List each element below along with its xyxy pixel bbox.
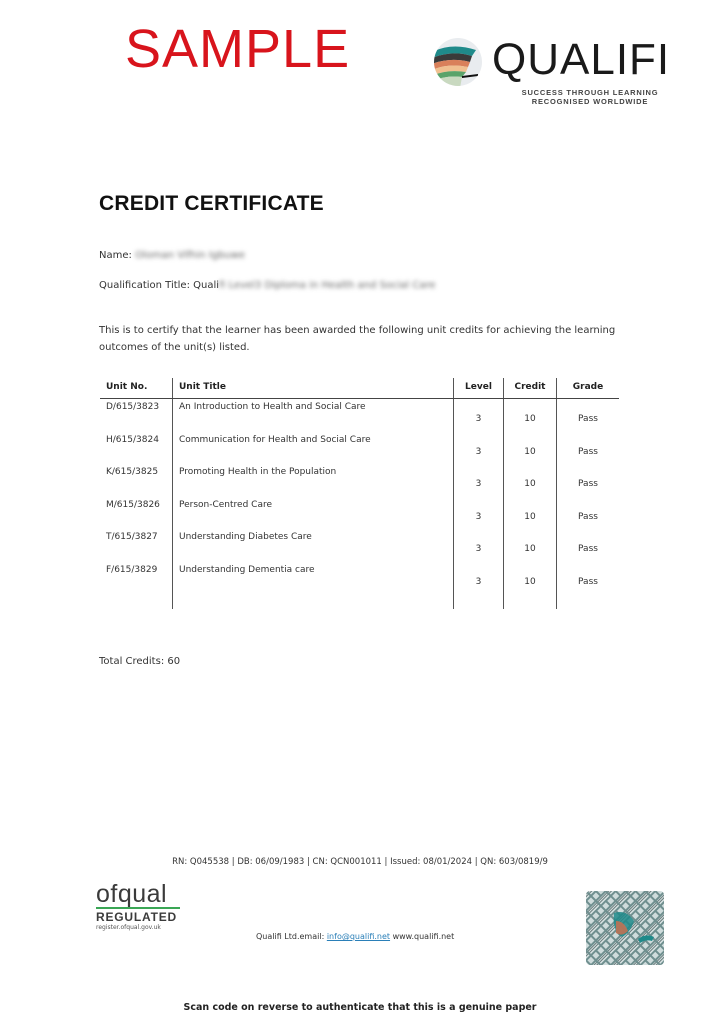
cell-credit: 10 [504, 432, 557, 465]
table-row: M/615/3826Person-Centred Care310Pass [100, 497, 619, 530]
ofqual-logo: ofqual REGULATED register.ofqual.gov.uk [96, 882, 186, 931]
cell-level: 3 [454, 497, 504, 530]
cell-credit: 10 [504, 529, 557, 562]
cell-unit-title: Understanding Dementia care [173, 562, 454, 595]
cell-unit-title: Understanding Diabetes Care [173, 529, 454, 562]
certification-statement: This is to certify that the learner has … [99, 322, 629, 356]
table-tail-cell [454, 594, 504, 609]
security-hologram-icon [586, 891, 664, 965]
cell-grade: Pass [557, 399, 620, 432]
cell-level: 3 [454, 432, 504, 465]
header-unit-no: Unit No. [100, 378, 173, 399]
reference-line: RN: Q045538 | DB: 06/09/1983 | CN: QCN00… [0, 857, 720, 867]
table-tail-cell [504, 594, 557, 609]
name-field: Name: Oloman Vifhin Igbuwe [99, 250, 245, 261]
cell-level: 3 [454, 529, 504, 562]
cell-credit: 10 [504, 464, 557, 497]
qualification-value: fi Level3 Diploma in Health and Social C… [219, 280, 435, 291]
tagline-line-2: RECOGNISED WORLDWIDE [510, 97, 670, 106]
cell-level: 3 [454, 464, 504, 497]
cell-unit-title: An Introduction to Health and Social Car… [173, 399, 454, 432]
ofqual-regulated: REGULATED [96, 911, 186, 924]
qualification-label: Qualification Title: [99, 280, 190, 291]
cell-credit: 10 [504, 497, 557, 530]
name-value: Oloman Vifhin Igbuwe [135, 250, 245, 261]
header-credit: Credit [504, 378, 557, 399]
cell-unit-no: F/615/3829 [100, 562, 173, 595]
contact-prefix: Qualifi Ltd.email: [256, 932, 324, 941]
cell-credit: 10 [504, 399, 557, 432]
cell-unit-no: T/615/3827 [100, 529, 173, 562]
table-row: D/615/3823An Introduction to Health and … [100, 399, 619, 432]
tagline-line-1: SUCCESS THROUGH LEARNING [510, 88, 670, 97]
table-tail-cell [100, 594, 173, 609]
header-level: Level [454, 378, 504, 399]
table-row: K/615/3825Promoting Health in the Popula… [100, 464, 619, 497]
certificate-title: CREDIT CERTIFICATE [99, 192, 324, 216]
cell-grade: Pass [557, 464, 620, 497]
sample-watermark: SAMPLE [125, 22, 350, 76]
cell-unit-title: Promoting Health in the Population [173, 464, 454, 497]
table-tail-cell [173, 594, 454, 609]
table-tail-cell [557, 594, 620, 609]
cell-unit-no: K/615/3825 [100, 464, 173, 497]
header-grade: Grade [557, 378, 620, 399]
cell-unit-no: H/615/3824 [100, 432, 173, 465]
table-row: T/615/3827Understanding Diabetes Care310… [100, 529, 619, 562]
cell-level: 3 [454, 399, 504, 432]
table-tail-row [100, 594, 619, 609]
units-table: Unit No. Unit Title Level Credit Grade D… [100, 378, 619, 609]
table-row: H/615/3824Communication for Health and S… [100, 432, 619, 465]
website-text: www.qualifi.net [393, 932, 455, 941]
scan-note: Scan code on reverse to authenticate tha… [0, 1002, 720, 1013]
globe-logo-icon [432, 36, 484, 88]
name-label: Name: [99, 250, 132, 261]
table-row: F/615/3829Understanding Dementia care310… [100, 562, 619, 595]
logo-tagline: SUCCESS THROUGH LEARNING RECOGNISED WORL… [510, 88, 670, 106]
cell-unit-no: M/615/3826 [100, 497, 173, 530]
cell-unit-title: Communication for Health and Social Care [173, 432, 454, 465]
cell-grade: Pass [557, 562, 620, 595]
qualification-value-prefix: Quali [193, 280, 219, 291]
qualification-field: Qualification Title: Qualifi Level3 Dipl… [99, 280, 436, 291]
email-link[interactable]: info@qualifi.net [327, 932, 390, 941]
header-unit-title: Unit Title [173, 378, 454, 399]
cell-grade: Pass [557, 529, 620, 562]
cell-credit: 10 [504, 562, 557, 595]
ofqual-url: register.ofqual.gov.uk [96, 924, 186, 931]
cell-unit-no: D/615/3823 [100, 399, 173, 432]
table-header-row: Unit No. Unit Title Level Credit Grade [100, 378, 619, 399]
cell-level: 3 [454, 562, 504, 595]
contact-line: Qualifi Ltd.email: info@qualifi.net www.… [256, 932, 454, 941]
qualifi-logo: QUALIFI SUCCESS THROUGH LEARNING RECOGNI… [432, 36, 692, 116]
ofqual-wordmark: ofqual [96, 882, 186, 906]
cell-grade: Pass [557, 432, 620, 465]
cell-grade: Pass [557, 497, 620, 530]
logo-wordmark: QUALIFI [492, 38, 670, 82]
total-credits: Total Credits: 60 [99, 656, 180, 667]
cell-unit-title: Person-Centred Care [173, 497, 454, 530]
